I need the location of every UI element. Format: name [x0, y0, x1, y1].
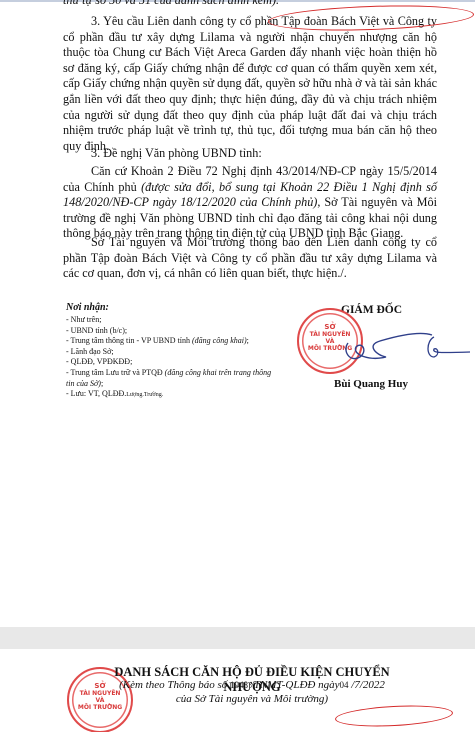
recipient-item: - Lãnh đạo Sở;	[66, 347, 276, 358]
recipient-item: - UBND tỉnh (b/c);	[66, 326, 276, 337]
recipient-item: - QLĐĐ, VPĐKĐĐ;	[66, 357, 276, 368]
signer-name: Bùi Quang Huy	[334, 378, 408, 390]
handwritten-signature-icon	[340, 327, 475, 367]
heading-text: 3. Đề nghị Văn phòng UBND tỉnh:	[91, 146, 262, 160]
paragraph-text: Sở Tài nguyên và Môi trường thông báo đế…	[63, 235, 437, 280]
recipients-block: Nơi nhận: - Như trên; - UBND tỉnh (b/c);…	[66, 302, 276, 401]
paragraph-request-developer: 3. Yêu cầu Liên danh công ty cổ phần Tập…	[63, 14, 437, 154]
recipient-item: - Lưu: VT, QLĐĐ.Lượng.Trường.	[66, 389, 276, 401]
red-annotation-ellipse	[335, 703, 454, 729]
document-page-1: thứ tự số 50 và 51 của danh sách đính kè…	[0, 2, 475, 627]
paragraph-closing: Sở Tài nguyên và Môi trường thông báo đế…	[63, 235, 437, 282]
page-separator	[0, 627, 475, 649]
paragraph-text: 3. Yêu cầu Liên danh công ty cổ phần Tập…	[63, 14, 437, 153]
paragraph-legal-basis: Căn cứ Khoản 2 Điều 72 Nghị định 43/2014…	[63, 164, 437, 242]
recipient-item: - Trung tâm thông tin - VP UBND tỉnh (đă…	[66, 336, 276, 347]
attachment-list-subtitle-line2: của Sở Tài nguyên và Môi trường)	[97, 693, 407, 705]
recipient-item: - Trung tâm Lưu trữ và PTQĐ (đăng công k…	[66, 368, 276, 389]
recipient-item: - Như trên;	[66, 315, 276, 326]
attachment-list-subtitle: (Kèm theo Thông báo số 1948 /TNMT-QLĐĐ n…	[97, 679, 407, 691]
recipients-title: Nơi nhận:	[66, 302, 276, 314]
section-heading-office-request: 3. Đề nghị Văn phòng UBND tỉnh:	[63, 146, 437, 162]
document-page-2: SỞ TÀI NGUYÊN VÀ MÔI TRƯỜNG DANH SÁCH CĂ…	[0, 649, 475, 732]
